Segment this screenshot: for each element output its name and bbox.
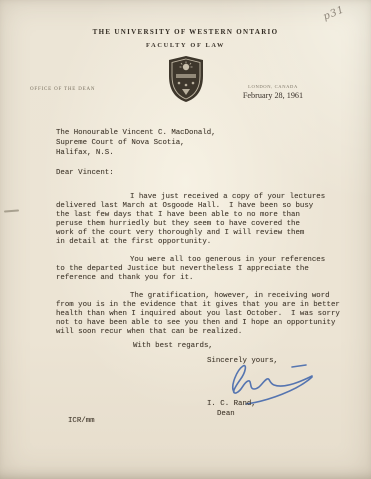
sender-title: Dean xyxy=(217,410,235,419)
recipient-line-3: Halifax, N.S. xyxy=(56,149,114,157)
salutation: Dear Vincent: xyxy=(56,169,114,178)
pencil-page-annotation: p31 xyxy=(322,4,347,22)
body-paragraph-3: The gratification, however, in receiving… xyxy=(56,292,354,337)
location-label: LONDON, CANADA xyxy=(213,84,333,89)
letter-date: February 28, 1961 xyxy=(213,91,333,100)
body-paragraph-1: I have just received a copy of your lect… xyxy=(56,193,354,247)
sender-name: I. C. Rand, xyxy=(207,400,256,409)
office-of-the-dean-label: OFFICE OF THE DEAN xyxy=(30,87,95,92)
recipient-address: The Honourable Vincent C. MacDonald,Supr… xyxy=(56,128,216,158)
recipient-line-1: The Honourable Vincent C. MacDonald, xyxy=(56,129,216,137)
typist-initials: ICR/mm xyxy=(68,417,95,426)
recipient-line-2: Supreme Court of Nova Scotia, xyxy=(56,139,185,147)
letterhead-faculty: FACULTY OF LAW xyxy=(0,42,371,49)
margin-pencil-mark xyxy=(4,209,19,212)
regards-line: With best regards, xyxy=(133,342,213,351)
body-paragraph-2: You were all too generous in your refere… xyxy=(56,256,354,283)
place-and-date-block: LONDON, CANADA February 28, 1961 xyxy=(213,84,333,100)
letter-body: I have just received a copy of your lect… xyxy=(56,193,354,346)
letterhead-university: THE UNIVERSITY OF WESTERN ONTARIO xyxy=(0,28,371,36)
scanned-letter-page: p31 THE UNIVERSITY OF WESTERN ONTARIO FA… xyxy=(0,0,371,479)
university-crest-icon xyxy=(167,55,205,108)
